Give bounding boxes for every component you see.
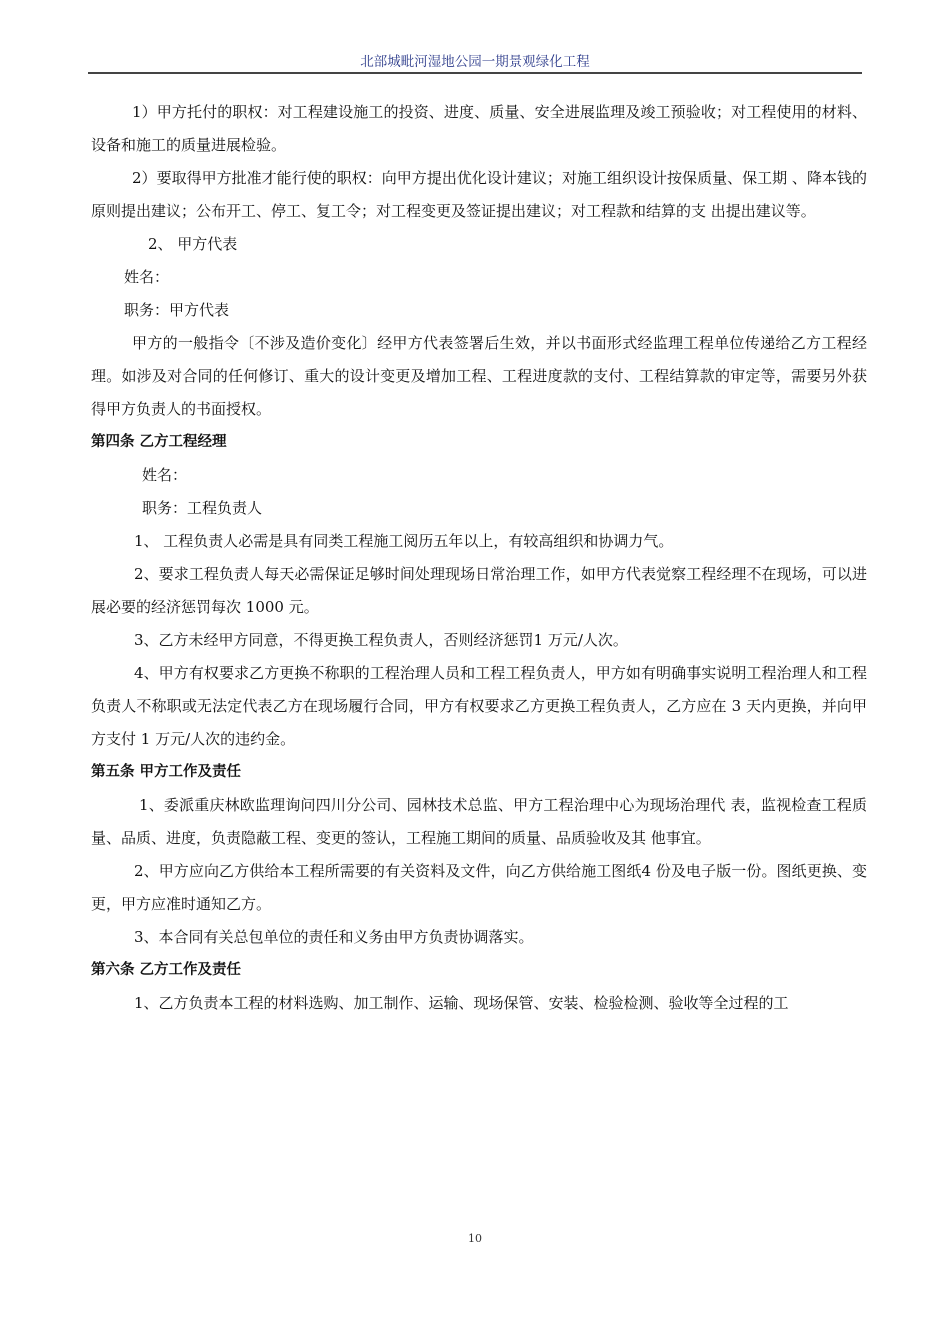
paragraph-approval-powers: 2）要取得甲方批准才能行使的职权：向甲方提出优化设计建议；对施工组织设计按保质量… xyxy=(91,162,867,228)
paragraph-delegated-powers: 1）甲方托付的职权：对工程建设施工的投资、进度、质量、安全进展监理及竣工预验收；… xyxy=(91,96,867,162)
clause-6-1: 1、乙方负责本工程的材料选购、加工制作、运输、现场保管、安装、检验检测、验收等全… xyxy=(91,987,867,1020)
clause-4-4: 4、甲方有权要求乙方更换不称职的工程治理人员和工程工程负责人，甲方如有明确事实说… xyxy=(91,657,867,756)
section-heading-article-6: 第六条 乙方工作及责任 xyxy=(91,954,867,987)
field-name-party-b: 姓名： xyxy=(91,459,867,492)
document-body: 1）甲方托付的职权：对工程建设施工的投资、进度、质量、安全进展监理及竣工预验收；… xyxy=(91,96,867,1020)
page-number: 10 xyxy=(0,1232,950,1245)
clause-4-3: 3、乙方未经甲方同意，不得更换工程负责人，否则经济惩罚1 万元/人次。 xyxy=(91,624,867,657)
section-heading-article-4: 第四条 乙方工程经理 xyxy=(91,426,867,459)
clause-5-3: 3、本合同有关总包单位的责任和义务由甲方负责协调落实。 xyxy=(91,921,867,954)
clause-5-2: 2、甲方应向乙方供给本工程所需要的有关资料及文件，向乙方供给施工图纸4 份及电子… xyxy=(91,855,867,921)
field-position-party-a: 职务：甲方代表 xyxy=(91,294,867,327)
clause-4-1: 1、 工程负责人必需是具有同类工程施工阅历五年以上，有较高组织和协调力气。 xyxy=(91,525,867,558)
field-position-party-b: 职务：工程负责人 xyxy=(91,492,867,525)
clause-5-1: 1、委派重庆林欧监理询问四川分公司、园林技术总监、甲方工程治理中心为现场治理代 … xyxy=(91,789,867,855)
section-heading-article-5: 第五条 甲方工作及责任 xyxy=(91,756,867,789)
subheading-party-a-representative: 2、 甲方代表 xyxy=(91,228,867,261)
field-name-party-a: 姓名： xyxy=(91,261,867,294)
clause-4-2: 2、要求工程负责人每天必需保证足够时间处理现场日常治理工作，如甲方代表觉察工程经… xyxy=(91,558,867,624)
header-divider xyxy=(88,72,862,74)
page-header-title: 北部城毗河湿地公园一期景观绿化工程 xyxy=(88,52,862,72)
paragraph-general-instructions: 甲方的一般指令〔不涉及造价变化〕经甲方代表签署后生效，并以书面形式经监理工程单位… xyxy=(91,327,867,426)
